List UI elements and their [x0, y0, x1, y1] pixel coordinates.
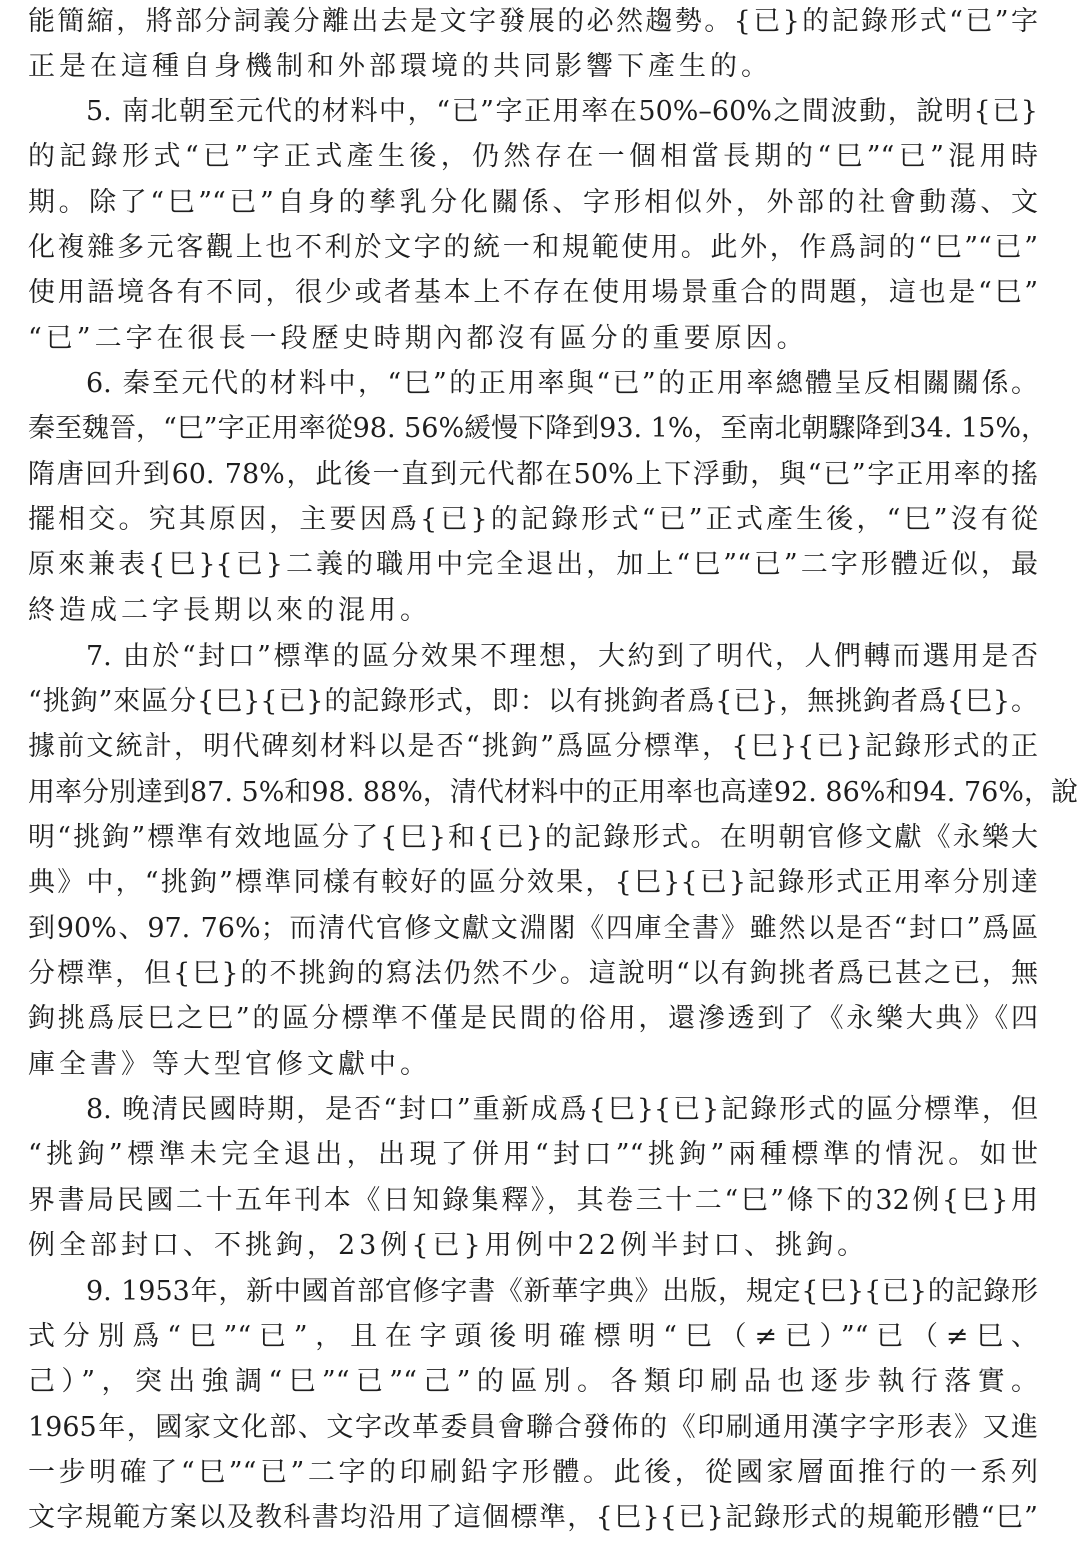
text-line: 例全部封口、不挑鉤，23例{已}用例中22例半封口、挑鉤。 [28, 1226, 1038, 1266]
text-line: 1965年，國家文化部、文字改革委員會聯合發佈的《印刷通用漢字字形表》又進 [28, 1408, 1038, 1448]
text-line: 用率分別達到87. 5%和98. 88%，清代材料中的正用率也高達92. 86%… [28, 773, 1038, 813]
paragraph-first-line: 6. 秦至元代的材料中，“巳”的正用率與“已”的正用率總體呈反相關關係。 [86, 364, 1038, 404]
text-line: 使用語境各有不同，很少或者基本上不存在使用場景重合的問題，這也是“巳” [28, 273, 1038, 313]
text-line: 正是在這種自身機制和外部環境的共同影響下產生的。 [28, 47, 1038, 87]
text-line: 式分別爲“巳”“已”，且在字頭後明確標明“巳（≠已）”“已（≠巳、 [28, 1317, 1038, 1357]
text-line: 秦至魏晉，“巳”字正用率從98. 56%緩慢下降到93. 1%，至南北朝驟降到3… [28, 409, 1038, 449]
text-line: 到90%、97. 76%；而清代官修文獻文淵閣《四庫全書》雖然以是否“封口”爲區 [28, 909, 1038, 949]
paragraph-first-line: 5. 南北朝至元代的材料中，“已”字正用率在50%–60%之間波動，說明{已} [86, 92, 1038, 132]
text-line: 一步明確了“巳”“已”二字的印刷鉛字形體。此後，從國家層面推行的一系列 [28, 1453, 1038, 1493]
text-line: 典》中，“挑鉤”標準同樣有較好的區分效果，{巳}{已}記錄形式正用率分別達 [28, 863, 1038, 903]
text-line: “已”二字在很長一段歷史時期內都沒有區分的重要原因。 [28, 319, 1038, 359]
text-line: “挑鉤”標準未完全退出，出現了併用“封口”“挑鉤”兩種標準的情況。如世 [28, 1135, 1038, 1175]
document-page: 能簡縮，將部分詞義分離出去是文字發展的必然趨勢。{已}的記錄形式“已”字 正是在… [0, 0, 1080, 1556]
text-line: 的記錄形式“已”字正式產生後，仍然存在一個相當長期的“巳”“已”混用時 [28, 137, 1038, 177]
text-line: “挑鉤”來區分{巳}{已}的記錄形式，即：以有挑鉤者爲{已}，無挑鉤者爲{巳}。 [28, 682, 1038, 722]
text-line: 據前文統計，明代碑刻材料以是否“挑鉤”爲區分標準，{巳}{已}記錄形式的正 [28, 727, 1038, 767]
paragraph-first-line: 8. 晚清民國時期，是否“封口”重新成爲{巳}{已}記錄形式的區分標準，但 [86, 1090, 1038, 1130]
text-line: 分標準，但{巳}的不挑鉤的寫法仍然不少。這說明“以有鉤挑者爲已甚之已，無 [28, 954, 1038, 994]
paragraph-first-line: 9. 1953年，新中國首部官修字書《新華字典》出版，規定{巳}{已}的記錄形 [86, 1272, 1038, 1312]
text-line: 己）”，突出強調“巳”“已”“己”的區別。各類印刷品也逐步執行落實。 [28, 1362, 1038, 1402]
text-line: 明“挑鉤”標準有效地區分了{巳}和{已}的記錄形式。在明朝官修文獻《永樂大 [28, 818, 1038, 858]
text-line: 鉤挑爲辰巳之巳”的區分標準不僅是民間的俗用，還滲透到了《永樂大典》《四 [28, 999, 1038, 1039]
text-line: 終造成二字長期以來的混用。 [28, 591, 1038, 631]
text-line: 隋唐回升到60. 78%，此後一直到元代都在50%上下浮動，與“已”字正用率的搖 [28, 455, 1038, 495]
text-line: 文字規範方案以及教科書均沿用了這個標準，{巳}{已}記錄形式的規範形體“巳” [28, 1498, 1038, 1538]
paragraph-first-line: 7. 由於“封口”標準的區分效果不理想，大約到了明代，人們轉而選用是否 [86, 637, 1038, 677]
text-line: 能簡縮，將部分詞義分離出去是文字發展的必然趨勢。{已}的記錄形式“已”字 [28, 2, 1038, 42]
text-line: 庫全書》等大型官修文獻中。 [28, 1045, 1038, 1085]
text-line: 化複雜多元客觀上也不利於文字的統一和規範使用。此外，作爲詞的“巳”“已” [28, 228, 1038, 268]
text-line: 原來兼表{巳}{已}二義的職用中完全退出，加上“巳”“已”二字形體近似，最 [28, 545, 1038, 585]
text-line: 界書局民國二十五年刊本《日知錄集釋》，其卷三十二“巳”條下的32例{巳}用 [28, 1181, 1038, 1221]
text-line: 期。除了“巳”“已”自身的孳乳分化關係、字形相似外，外部的社會動蕩、文 [28, 183, 1038, 223]
text-line: 擺相交。究其原因，主要因爲{已}的記錄形式“已”正式產生後，“巳”沒有從 [28, 500, 1038, 540]
